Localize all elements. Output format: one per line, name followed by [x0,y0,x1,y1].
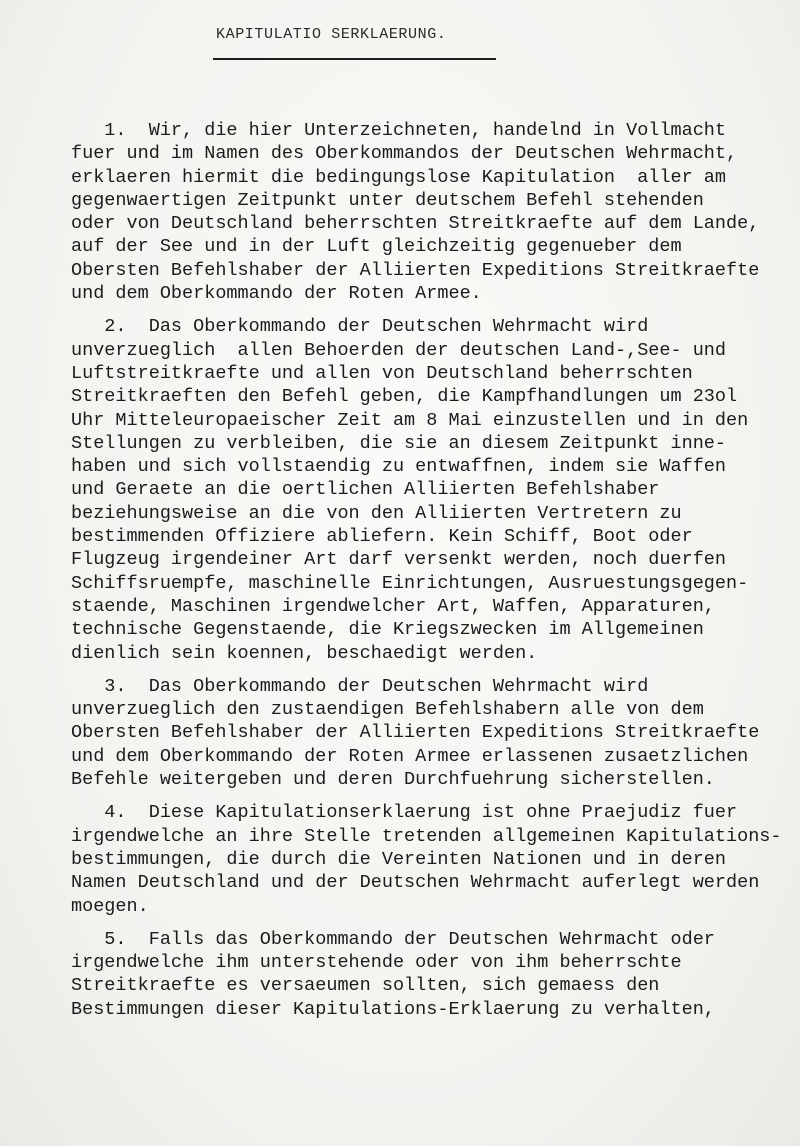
text-line: irgendwelche an ihre Stelle tretenden al… [71,825,800,848]
text-line: 1. Wir, die hier Unterzeichneten, handel… [71,119,800,142]
text-line: 3. Das Oberkommando der Deutschen Wehrma… [71,675,800,698]
text-line: Flugzeug irgendeiner Art darf versenkt w… [71,548,800,571]
text-line: Uhr Mitteleuropaeischer Zeit am 8 Mai ei… [71,409,800,432]
text-line: Luftstreitkraefte und allen von Deutschl… [71,362,800,385]
document-page: KAPITULATIO SERKLAERUNG. 1. Wir, die hie… [0,0,800,1146]
text-line: gegenwaertigen Zeitpunkt unter deutschem… [71,189,800,212]
text-line: und dem Oberkommando der Roten Armee. [71,282,800,305]
title-underline [213,58,496,60]
document-title: KAPITULATIO SERKLAERUNG. [216,26,446,43]
text-line: beziehungsweise an die von den Alliierte… [71,502,800,525]
text-line: staende, Maschinen irgendwelcher Art, Wa… [71,595,800,618]
text-line: irgendwelche ihm unterstehende oder von … [71,951,800,974]
text-line: moegen. [71,895,800,918]
text-line: Schiffsruempfe, maschinelle Einrichtunge… [71,572,800,595]
text-line: bestimmungen, die durch die Vereinten Na… [71,848,800,871]
text-line: Befehle weitergeben und deren Durchfuehr… [71,768,800,791]
text-line: bestimmenden Offiziere abliefern. Kein S… [71,525,800,548]
paragraph-5: 5. Falls das Oberkommando der Deutschen … [71,928,800,1021]
text-line: 5. Falls das Oberkommando der Deutschen … [71,928,800,951]
paragraph-3: 3. Das Oberkommando der Deutschen Wehrma… [71,675,800,791]
text-line: haben und sich vollstaendig zu entwaffne… [71,455,800,478]
text-line: und dem Oberkommando der Roten Armee erl… [71,745,800,768]
text-line: Obersten Befehlshaber der Alliierten Exp… [71,259,800,282]
document-body: 1. Wir, die hier Unterzeichneten, handel… [71,119,800,1031]
text-line: Streitkraefte es versaeumen sollten, sic… [71,974,800,997]
text-line: erklaeren hiermit die bedingungslose Kap… [71,166,800,189]
text-line: Streitkraeften den Befehl geben, die Kam… [71,385,800,408]
text-line: und Geraete an die oertlichen Alliierten… [71,478,800,501]
text-line: Stellungen zu verbleiben, die sie an die… [71,432,800,455]
text-line: 2. Das Oberkommando der Deutschen Wehrma… [71,315,800,338]
paragraph-1: 1. Wir, die hier Unterzeichneten, handel… [71,119,800,305]
text-line: Bestimmungen dieser Kapitulations-Erklae… [71,998,800,1021]
paragraph-4: 4. Diese Kapitulationserklaerung ist ohn… [71,801,800,917]
text-line: dienlich sein koennen, beschaedigt werde… [71,642,800,665]
text-line: oder von Deutschland beherrschten Streit… [71,212,800,235]
text-line: unverzueglich den zustaendigen Befehlsha… [71,698,800,721]
text-line: auf der See und in der Luft gleichzeitig… [71,235,800,258]
paragraph-2: 2. Das Oberkommando der Deutschen Wehrma… [71,315,800,664]
text-line: Namen Deutschland und der Deutschen Wehr… [71,871,800,894]
text-line: fuer und im Namen des Oberkommandos der … [71,142,800,165]
text-line: technische Gegenstaende, die Kriegszweck… [71,618,800,641]
text-line: Obersten Befehlshaber der Alliierten Exp… [71,721,800,744]
text-line: 4. Diese Kapitulationserklaerung ist ohn… [71,801,800,824]
text-line: unverzueglich allen Behoerden der deutsc… [71,339,800,362]
